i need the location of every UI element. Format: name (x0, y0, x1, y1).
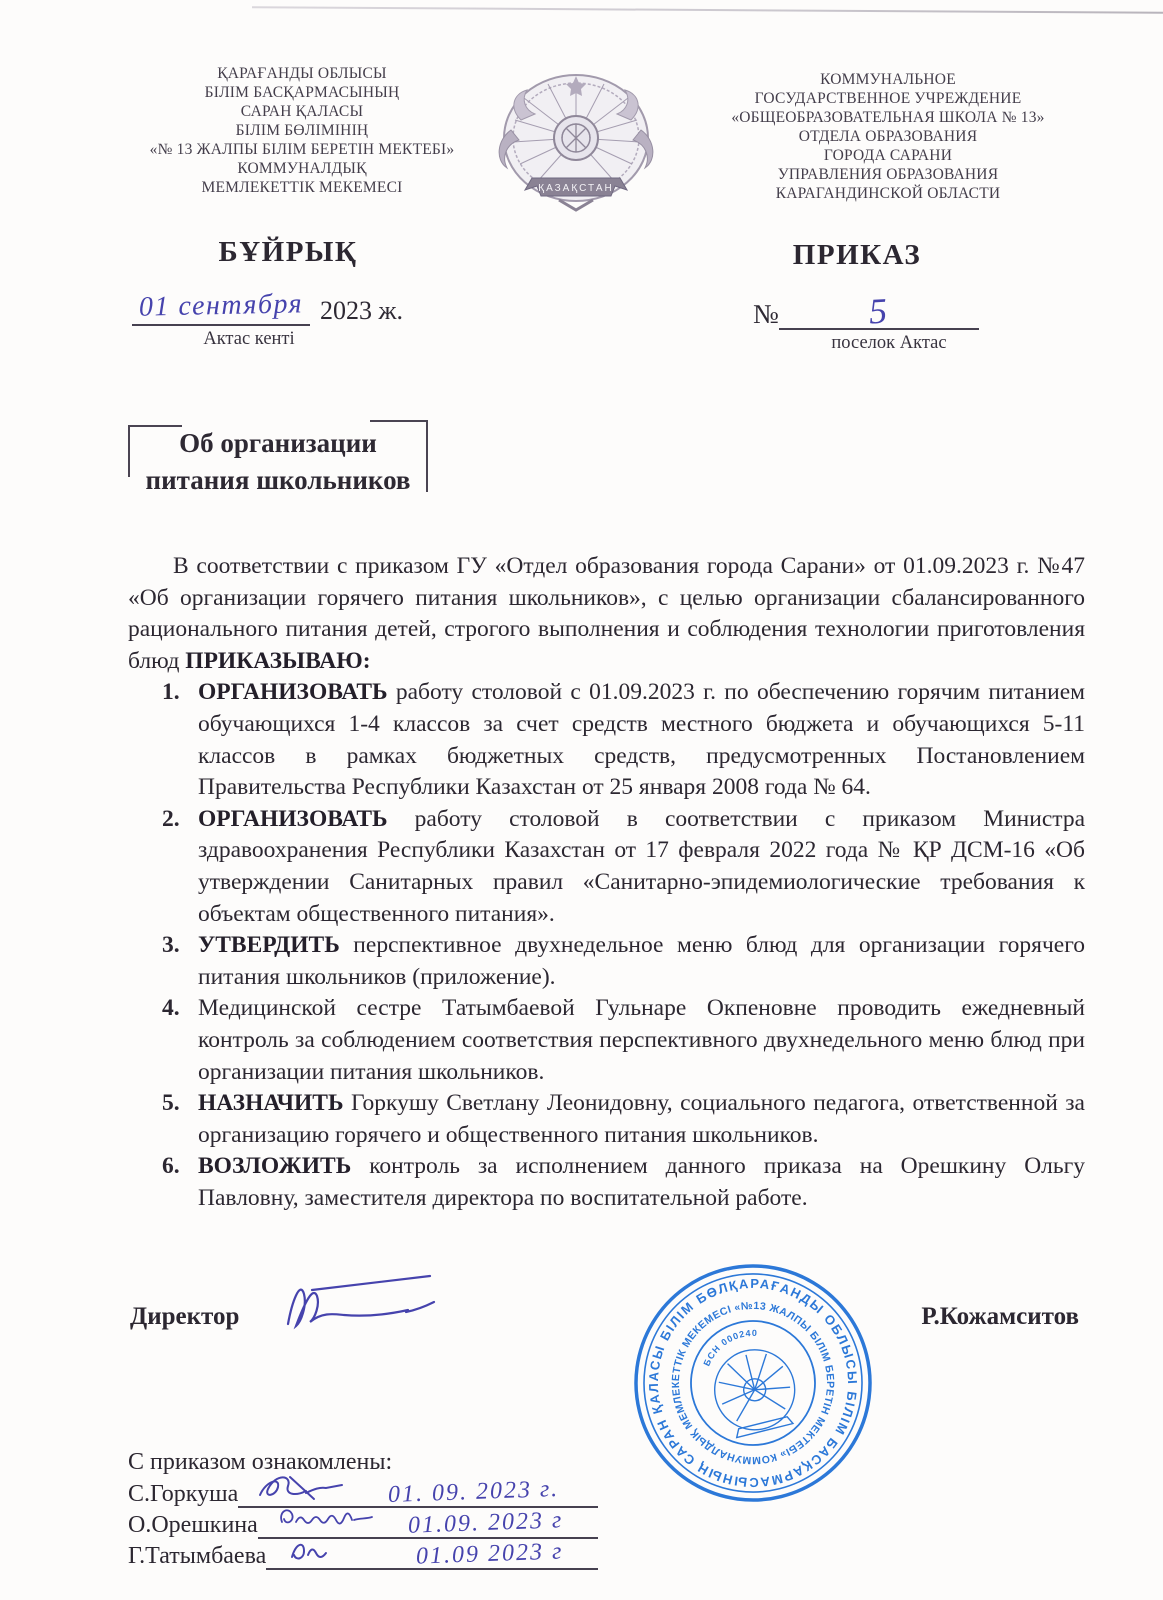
header-kk-line: КОММУНАЛДЫҚ (106, 159, 498, 178)
order-item: 3. УТВЕРДИТЬ перспективное двухнедельное… (128, 930, 1085, 993)
ack-name: С.Горкуша (128, 1481, 238, 1508)
header-ru-line: УПРАВЛЕНИЯ ОБРАЗОВАНИЯ (676, 165, 1100, 184)
ack-name: Г.Татымбаева (128, 1543, 266, 1570)
item-number: 2. (128, 804, 198, 930)
order-item: 1. ОРГАНИЗОВАТЬ работу столовой с 01.09.… (128, 677, 1085, 803)
ack-signature-line: 01.09 2023 г (266, 1537, 598, 1570)
item-body: Медицинской сестре Татымбаевой Гульнаре … (198, 995, 1085, 1084)
item-number: 3. (128, 930, 198, 993)
item-text: НАЗНАЧИТЬ Горкушу Светлану Леонидовну, с… (198, 1088, 1085, 1151)
acknowledgment-block: С приказом ознакомлены: С.Горкуша 01. 09… (128, 1449, 598, 1570)
header-kk-line: БІЛІМ БАСҚАРМАСЫНЫҢ (106, 83, 498, 102)
intro-keyword: ПРИКАЗЫВАЮ: (185, 648, 370, 674)
scanned-order-document: ҚАРАҒАНДЫ ОБЛЫСЫ БІЛІМ БАСҚАРМАСЫНЫҢ САР… (0, 0, 1163, 1600)
item-number: 6. (128, 1151, 198, 1214)
order-title-kazakh: БҰЙРЫҚ (106, 236, 470, 269)
header-ru-line: ОТДЕЛА ОБРАЗОВАНИЯ (676, 127, 1100, 146)
scan-artifact-line (252, 6, 1163, 14)
item-text: Медицинской сестре Татымбаевой Гульнаре … (198, 993, 1085, 1088)
svg-text:БСН 000240: БСН 000240 (696, 1325, 765, 1369)
order-item: 2. ОРГАНИЗОВАТЬ работу столовой в соотве… (128, 804, 1085, 930)
item-number: 1. (128, 677, 198, 803)
order-item: 4. Медицинской сестре Татымбаевой Гульна… (128, 993, 1085, 1088)
subject-box: Об организации питания школьников (128, 418, 428, 498)
date-underline: 01 сентября (132, 290, 310, 326)
order-body: В соответствии с приказом ГУ «Отдел обра… (128, 551, 1085, 1214)
acknowledgment-row: Г.Татымбаева 01.09 2023 г (128, 1539, 598, 1570)
header-russian: КОММУНАЛЬНОЕ ГОСУДАРСТВЕННОЕ УЧРЕЖДЕНИЕ … (676, 70, 1100, 203)
school-stamp: ҚАРАҒАНДЫ ОБЛЫСЫ БІЛІМ БАСҚАРМАСЫНЫҢ САР… (601, 1231, 904, 1534)
item-keyword: ВОЗЛОЖИТЬ (198, 1153, 351, 1179)
tatymbaeva-signature (284, 1533, 404, 1574)
header-ru-line: КОММУНАЛЬНОЕ (676, 70, 1100, 89)
header-kk-line: ҚАРАҒАНДЫ ОБЛЫСЫ (106, 64, 498, 83)
header-ru-line: ГОСУДАРСТВЕННОЕ УЧРЕЖДЕНИЕ (676, 89, 1100, 108)
item-keyword: НАЗНАЧИТЬ (198, 1090, 344, 1116)
subject-line-2: питания школьников (128, 465, 428, 496)
item-number: 5. (128, 1088, 198, 1151)
subject-line-1: Об организации (128, 428, 428, 459)
header-kk-line: БІЛІМ БӨЛІМІНІҢ (106, 121, 498, 140)
handwritten-ack-date: 01.09 2023 г (416, 1538, 564, 1570)
order-title-russian: ПРИКАЗ (672, 239, 1042, 272)
item-text: УТВЕРДИТЬ перспективное двухнедельное ме… (198, 930, 1085, 993)
order-item: 6. ВОЗЛОЖИТЬ контроль за исполнением дан… (128, 1151, 1085, 1214)
item-text: ОРГАНИЗОВАТЬ работу столовой в соответст… (198, 804, 1085, 930)
header-kk-line: «№ 13 ЖАЛПЫ БІЛІМ БЕРЕТІН МЕКТЕБІ» (106, 140, 498, 159)
number-underline: 5 (779, 296, 979, 330)
header-kk-line: САРАН ҚАЛАСЫ (106, 102, 498, 121)
header-ru-line: ГОРОДА САРАНИ (676, 146, 1100, 165)
handwritten-ack-date: 01. 09. 2023 г. (388, 1476, 560, 1509)
director-signature (278, 1262, 458, 1352)
header-ru-line: «ОБЩЕОБРАЗОВАТЕЛЬНАЯ ШКОЛА № 13» (676, 108, 1100, 127)
handwritten-date: 01 сентября (139, 288, 304, 325)
order-item: 5. НАЗНАЧИТЬ Горкушу Светлану Леонидовну… (128, 1088, 1085, 1151)
item-text: ВОЗЛОЖИТЬ контроль за исполнением данног… (198, 1151, 1085, 1214)
order-number-block: №5 поселок Актас (753, 296, 1003, 354)
number-symbol: № (753, 299, 779, 329)
ack-name: О.Орешкина (128, 1512, 258, 1539)
item-number: 4. (128, 993, 198, 1088)
header-kazakh: ҚАРАҒАНДЫ ОБЛЫСЫ БІЛІМ БАСҚАРМАСЫНЫҢ САР… (106, 64, 498, 197)
date-block: 01 сентября2023 ж. Актас кенті (132, 290, 462, 350)
intro-paragraph: В соответствии с приказом ГУ «Отдел обра… (128, 551, 1085, 677)
handwritten-number: 5 (868, 296, 889, 327)
item-keyword: ОРГАНИЗОВАТЬ (198, 806, 388, 832)
stamp-center-emblem (706, 1341, 803, 1440)
director-role-label: Директор (130, 1303, 239, 1331)
printed-year: 2023 ж. (320, 296, 403, 325)
header-kk-line: МЕМЛЕКЕТТІК МЕКЕМЕСІ (106, 178, 498, 197)
place-kazakh: Актас кенті (132, 329, 338, 350)
stamp-center-code: БСН 000240 (696, 1325, 765, 1369)
director-name: Р.Кожамситов (921, 1303, 1079, 1331)
place-russian: поселок Актас (771, 333, 1007, 354)
header-ru-line: КАРАГАНДИНСКОЙ ОБЛАСТИ (676, 184, 1100, 203)
emblem-banner-text: ҚАЗАҚСТАН (538, 183, 613, 194)
item-keyword: ОРГАНИЗОВАТЬ (198, 679, 388, 705)
item-keyword: УТВЕРДИТЬ (198, 932, 340, 958)
item-text: ОРГАНИЗОВАТЬ работу столовой с 01.09.202… (198, 677, 1085, 803)
handwritten-ack-date: 01.09. 2023 г (407, 1507, 563, 1539)
kazakhstan-coat-of-arms-icon: ҚАЗАҚСТАН (487, 68, 665, 218)
